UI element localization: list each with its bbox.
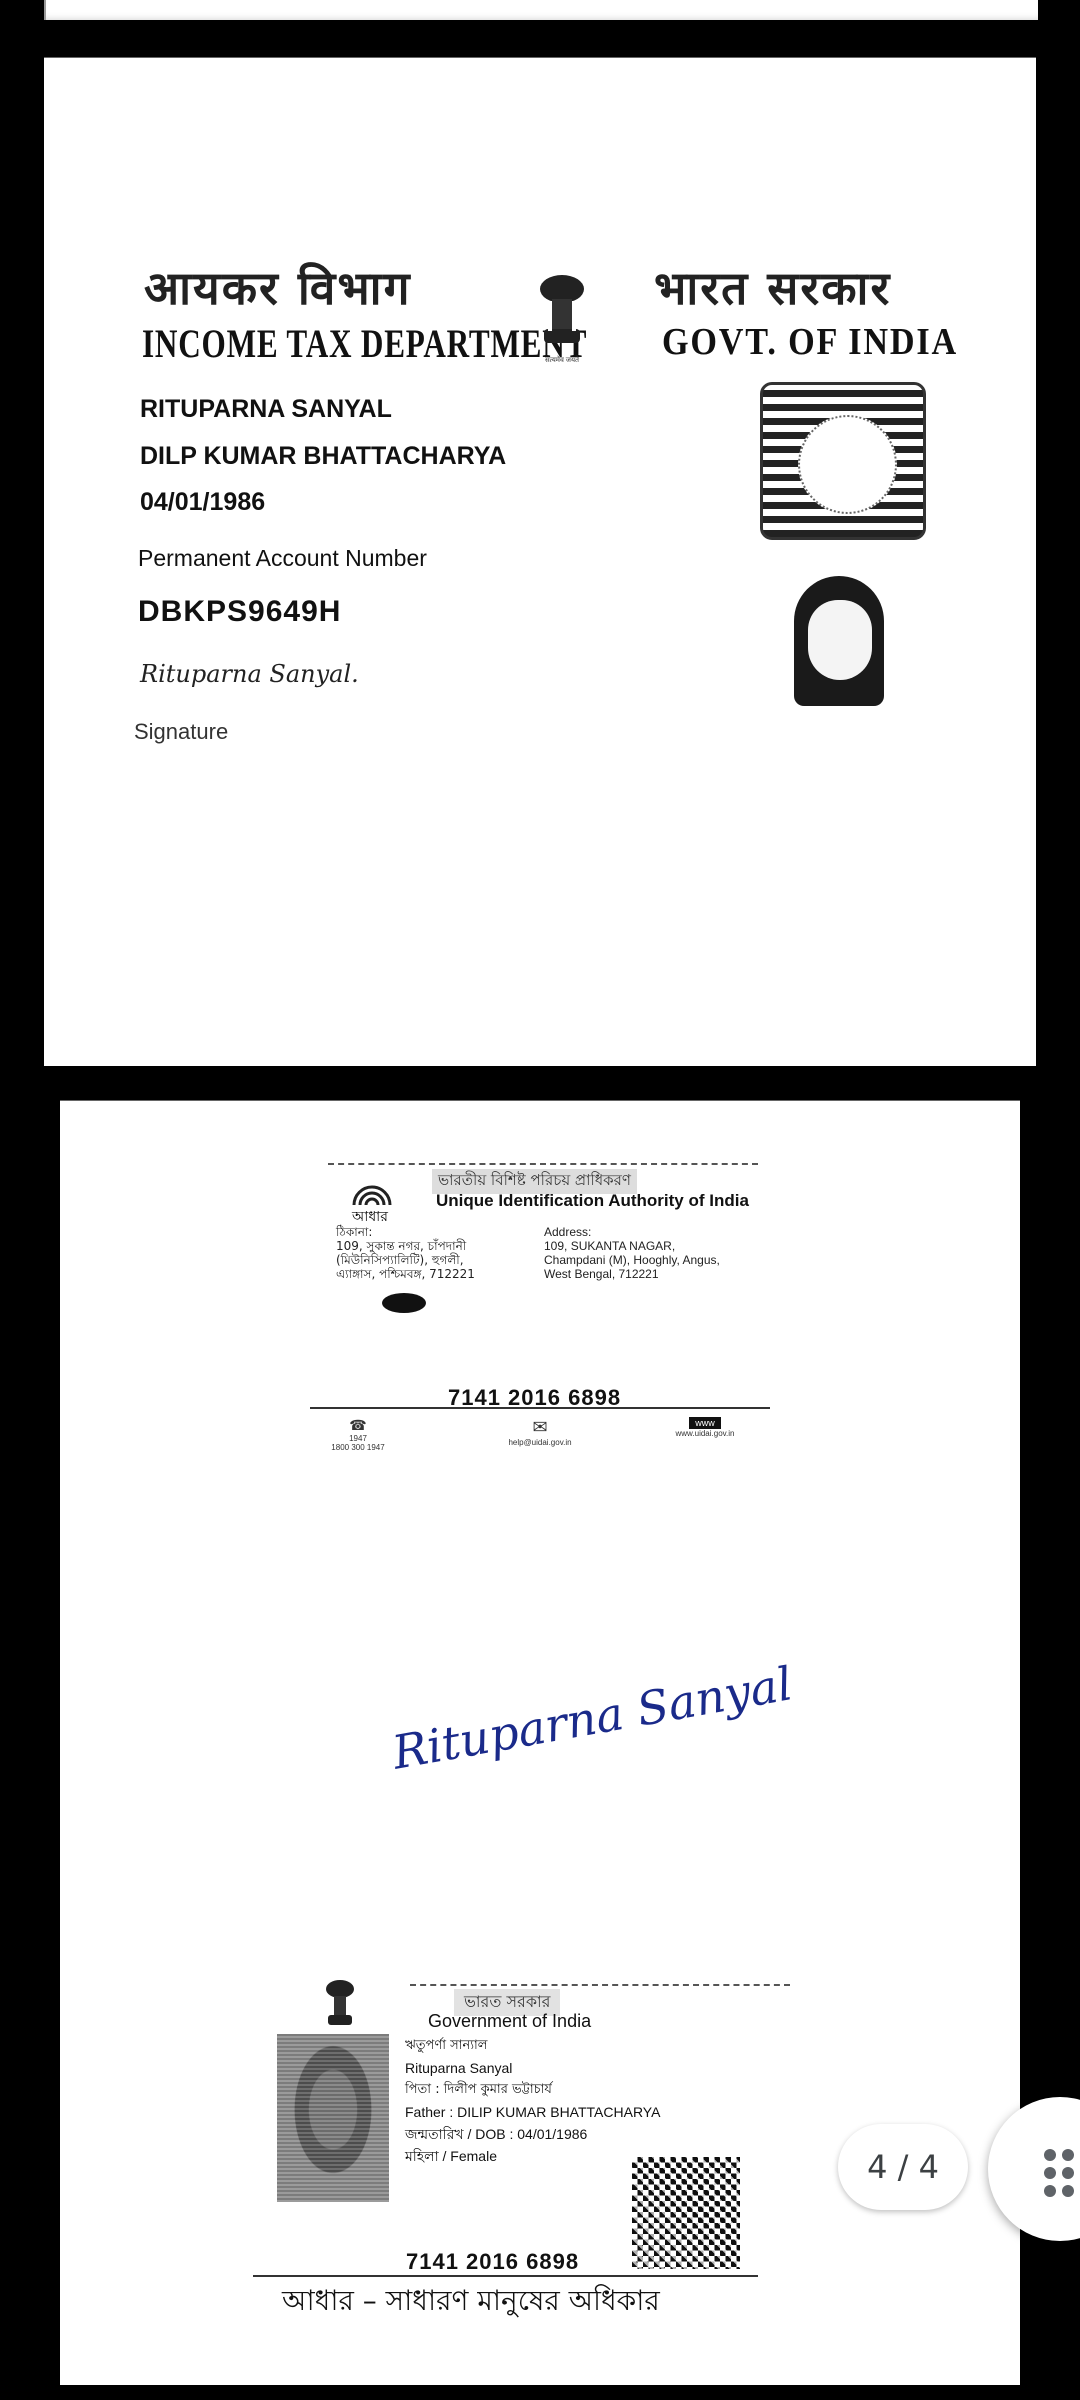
pan-number: DBKPS9649H	[138, 595, 341, 629]
signature-label: Signature	[134, 719, 228, 745]
envelope-icon: ✉	[490, 1417, 590, 1438]
handwritten-signature: Rituparna Sanyal	[388, 1656, 796, 1779]
ink-smudge	[382, 1293, 426, 1313]
uidai-name-english: Unique Identification Authority of India	[436, 1191, 749, 1211]
dob: জন্মতারিখ / DOB : 04/01/1986	[405, 2123, 660, 2145]
pan-header-govt-of-india: GOVT. OF INDIA	[662, 320, 958, 364]
address-en-line: West Bengal, 712221	[544, 1267, 720, 1281]
help-email: ✉ help@uidai.gov.in	[490, 1417, 590, 1447]
page-indicator[interactable]: 4 / 4	[838, 2124, 968, 2210]
pan-father-name: DILP KUMAR BHATTACHARYA	[140, 442, 506, 471]
pan-dob: 04/01/1986	[140, 488, 265, 517]
pan-number-label: Permanent Account Number	[138, 545, 427, 572]
helpline-short: 1947	[328, 1434, 388, 1443]
gender: মহিলা / Female	[405, 2145, 660, 2167]
pan-header-income-tax: INCOME TAX DEPARTMENT	[142, 320, 587, 367]
helpline: ☎ 1947 1800 300 1947	[328, 1417, 388, 1452]
help-email-text: help@uidai.gov.in	[490, 1438, 590, 1447]
address-bn-line: 109, সুকান্ত নগর, চাঁপদানী	[336, 1239, 475, 1253]
aadhaar-holder-photo	[277, 2034, 389, 2202]
qr-code	[632, 2157, 740, 2269]
pan-holder-name: RITUPARNA SANYAL	[140, 395, 392, 424]
website: www www.uidai.gov.in	[665, 1417, 745, 1438]
pan-header-hindi-left: आयकर विभाग	[144, 256, 412, 318]
aadhaar-tagline: আধার – সাধারণ মানুষের অধিকার	[282, 2279, 660, 2326]
previous-page-edge[interactable]	[44, 0, 1038, 20]
document-page-pan-card: आयकर विभाग INCOME TAX DEPARTMENT सत्यमेव…	[44, 57, 1036, 1066]
name-english: Rituparna Sanyal	[405, 2057, 660, 2079]
national-emblem-icon	[322, 1979, 358, 2031]
national-emblem-icon: सत्यमेव जयते	[532, 271, 592, 361]
father-bengali: পিতা : দিলীপ কুমার ভট্টাচার্য	[405, 2079, 660, 2101]
website-text: www.uidai.gov.in	[665, 1429, 745, 1438]
pan-holder-photo	[784, 568, 904, 718]
address-english: Address: 109, SUKANTA NAGAR, Champdani (…	[544, 1225, 720, 1281]
aadhaar-details: ঋতুপর্ণা সান্যাল Rituparna Sanyal পিতা :…	[405, 2035, 660, 2167]
address-en-line: 109, SUKANTA NAGAR,	[544, 1239, 720, 1253]
phone-icon: ☎	[328, 1417, 388, 1434]
emblem-caption: सत्यमेव जयते	[532, 356, 592, 365]
aadhaar-number-front: 7141 2016 6898	[406, 2249, 579, 2275]
pan-signature: Rituparna Sanyal.	[140, 660, 359, 688]
cut-line	[410, 1984, 790, 1986]
address-en-line: Champdani (M), Hooghly, Angus,	[544, 1253, 720, 1267]
name-bengali: ঋতুপর্ণা সান্যাল	[405, 2035, 660, 2057]
divider	[310, 1407, 770, 1409]
grid-dots-icon	[1044, 2149, 1074, 2197]
www-icon: www	[689, 1417, 721, 1429]
hologram-image	[760, 382, 926, 540]
address-bn-line: এ্যাঙ্গাস, পশ্চিমবঙ্গ, 712221	[336, 1267, 475, 1281]
divider	[253, 2275, 758, 2277]
address-label-bn: ঠিকানা:	[336, 1225, 475, 1239]
father-english: Father : DILIP KUMAR BHATTACHARYA	[405, 2101, 660, 2123]
cut-line	[328, 1163, 758, 1165]
helpline-number: 1800 300 1947	[328, 1443, 388, 1452]
address-bn-line: (মিউনিসিপ্যালিটি), হুগলী,	[336, 1253, 475, 1267]
govt-name-english: Government of India	[428, 2011, 591, 2032]
pan-header-hindi-right: भारत सरकार	[654, 256, 891, 318]
address-label-en: Address:	[544, 1225, 720, 1239]
address-bengali: ঠিকানা: 109, সুকান্ত নগর, চাঁপদানী (মিউন…	[336, 1225, 475, 1281]
